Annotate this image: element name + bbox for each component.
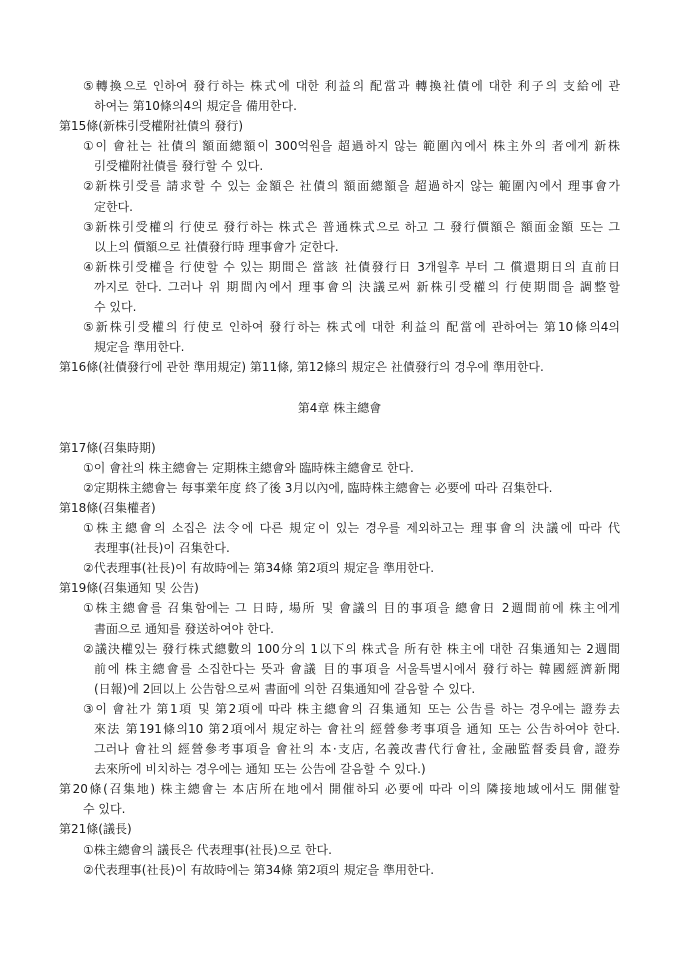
article-title: 第15條(新株引受權附社債의 發行) xyxy=(59,116,620,136)
item-line: ①株主總會의 소집은 法令에 다른 規定이 있는 경우를 제외하고는 理事會의 … xyxy=(83,518,620,538)
item-line: ④新株引受權을 行使할 수 있는 期間은 當該 社債發行日 3개월후 부터 그 … xyxy=(83,257,620,277)
item-line: 수 있다. xyxy=(94,297,620,317)
spacer xyxy=(0,377,620,397)
item-line: 以上의 價額으로 社債發行時 理事會가 定한다. xyxy=(94,237,620,257)
item-line: 表理事(社長)이 召集한다. xyxy=(94,538,620,558)
item-line: ⑤轉換으로 인하여 發行하는 株式에 대한 利益의 配當과 轉換社債에 대한 利… xyxy=(83,76,620,96)
item-line: 하여는 第10條의4의 規定을 備用한다. xyxy=(94,96,620,116)
item-line: 前에 株主總會를 소집한다는 뜻과 會議 目的事項을 서울특별시에서 發行하는 … xyxy=(94,659,620,679)
article-title: 第17條(召集時期) xyxy=(59,438,620,458)
item-line: 그러나 會社의 經營參考事項을 會社의 本·支店, 名義改書代行會社, 金融監督… xyxy=(94,739,620,759)
item-line: ⑤新株引受權의 行使로 인하여 發行하는 株式에 대한 利益의 配當에 관하여는… xyxy=(83,317,620,337)
article-title: 第19條(召集通知 및 公告) xyxy=(59,578,620,598)
item-line: 定한다. xyxy=(94,197,620,217)
item-line: ①이 會社는 社債의 額面總額이 300억원을 超過하지 않는 範圍內에서 株主… xyxy=(83,136,620,156)
item-line: ③이 會社가 第1項 및 第2項에 따라 株主總會의 召集通知 또는 公告를 하… xyxy=(83,699,620,719)
article-title: 第18條(召集權者) xyxy=(59,498,620,518)
item-line: 規定을 準用한다. xyxy=(94,337,620,357)
article-title: 第21條(議長) xyxy=(59,819,620,839)
item-line: ②議決權있는 發行株式總數의 100分의 1以下의 株式을 所有한 株主에 대한… xyxy=(83,639,620,659)
item-line: 引受權附社債를 發行할 수 있다. xyxy=(94,156,620,176)
item-line: ①이 會社의 株主總會는 定期株主總會와 臨時株主總會로 한다. xyxy=(83,458,620,478)
item-line: ③新株引受權의 行使로 發行하는 株式은 普通株式으로 하고 그 發行價額은 額… xyxy=(83,217,620,237)
article-title-continuation: 수 있다. xyxy=(83,799,620,819)
item-line: ②新株引受를 請求할 수 있는 金額은 社債의 額面總額을 超過하지 않는 範圍… xyxy=(83,176,620,196)
item-line: 去來所에 비치하는 경우에는 通知 또는 公告에 갈음할 수 있다.) xyxy=(94,759,620,779)
article-title: 第20條(召集地) 株主總會는 本店所在地에서 開催하되 必要에 따라 이의 隣… xyxy=(59,779,620,799)
spacer xyxy=(0,418,620,438)
article-title: 第16條(社債發行에 관한 準用規定) 第11條, 第12條의 規定은 社債發行… xyxy=(59,357,620,377)
item-line: 來法 第191條의10 第2項에서 規定하는 會社의 經營參考事項을 通知 또는… xyxy=(94,719,620,739)
chapter-heading: 第4章 株主總會 xyxy=(59,398,620,418)
item-line: (日報)에 2回以上 公告함으로써 書面에 의한 召集通知에 갈음할 수 있다. xyxy=(94,679,620,699)
item-line: ①株主總會를 召集함에는 그 日時, 場所 및 會議의 目的事項을 總會日 2週… xyxy=(83,598,620,618)
item-line: ①株主總會의 議長은 代表理事(社長)으로 한다. xyxy=(83,840,620,860)
item-line: 까지로 한다. 그러나 위 期間內에서 理事會의 決議로써 新株引受權의 行使期… xyxy=(94,277,620,297)
item-line: 書面으로 通知를 發送하여야 한다. xyxy=(94,619,620,639)
item-line: ②代表理事(社長)이 有故時에는 第34條 第2項의 規定을 準用한다. xyxy=(83,860,620,880)
item-line: ②代表理事(社長)이 有故時에는 第34條 第2項의 規定을 準用한다. xyxy=(83,558,620,578)
document-page: ⑤轉換으로 인하여 發行하는 株式에 대한 利益의 配當과 轉換社債에 대한 利… xyxy=(0,76,620,880)
item-line: ②定期株主總會는 每事業年度 終了後 3月以內에, 臨時株主總會는 必要에 따라… xyxy=(83,478,620,498)
